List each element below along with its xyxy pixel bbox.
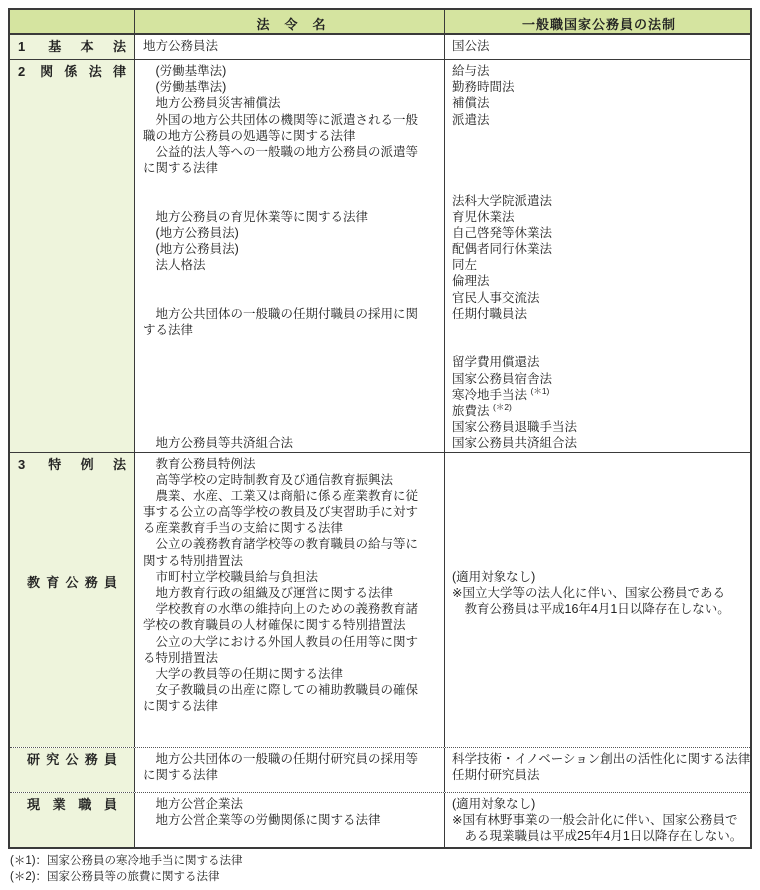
law-line: 学校教育の水準の維持向上のための義務教育諸 — [143, 601, 440, 617]
footnote-1: (＊1)：国家公務員の寒冷地手当に関する法律 — [10, 854, 243, 870]
law-line: 地方公共団体の一般職の任期付研究員の採用等 — [143, 751, 440, 767]
law-line: 勤務時間法 — [452, 79, 746, 95]
row-label-text: 研究公務員 — [10, 748, 134, 768]
cell-national-laws-special: (適用対象なし)※国立大学等の法人化に伴い、国家公務員である 教育公務員は平成1… — [445, 453, 750, 747]
law-line: 地方公共団体の一般職の任期付職員の採用に関 — [143, 306, 440, 322]
law-line: 国家公務員退職手当法 — [452, 419, 746, 435]
law-line: 学校の教育職員の人材確保に関する特別措置法 — [143, 617, 440, 633]
law-line — [452, 520, 746, 536]
law-line: 公立の大学における外国人教員の任用等に関す — [143, 634, 440, 650]
cell-local-laws-industrial: 地方公営企業法 地方公営企業等の労働関係に関する法律 — [135, 793, 445, 847]
law-line: 女子教職員の出産に際しての補助教職員の確保 — [143, 682, 440, 698]
table-row-research-officials: 研究公務員 地方公共団体の一般職の任期付研究員の採用等に関する法律 科学技術・イ… — [10, 747, 750, 792]
law-line: 任期付職員法 — [452, 306, 746, 322]
law-line: 倫理法 — [452, 273, 746, 289]
law-line: 地方公務員災害補償法 — [143, 95, 440, 111]
law-line — [452, 144, 746, 160]
row-label-text: 現業職員 — [10, 793, 134, 813]
law-line: 法科大学院派遣法 — [452, 193, 746, 209]
law-line: (地方公務員法) — [143, 241, 440, 257]
law-line — [452, 128, 746, 144]
law-line: 地方公営企業等の労働関係に関する法律 — [143, 812, 440, 828]
law-line: 配偶者同行休業法 — [452, 241, 746, 257]
law-line: 同左 — [452, 257, 746, 273]
law-line: に関する法律 — [143, 160, 440, 176]
law-line: 地方教育行政の組織及び運営に関する法律 — [143, 585, 440, 601]
law-line: 公益的法人等への一般職の地方公務員の派遣等 — [143, 144, 440, 160]
row-label-basic-law: 1 基本法 — [10, 35, 135, 59]
law-line: 法人格法 — [143, 257, 440, 273]
law-line: (労働基準法) — [143, 79, 440, 95]
row-label-special-laws: 3 特例法 教育公務員 — [10, 453, 135, 747]
law-line — [143, 403, 440, 419]
law-line: 公立の義務教育諸学校等の教育職員の給与等に — [143, 536, 440, 552]
law-line — [452, 322, 746, 338]
law-line — [143, 419, 440, 435]
law-line — [143, 193, 440, 209]
law-line: 補償法 — [452, 95, 746, 111]
document-page: 法 令 名 一般職国家公務員の法制 1 基本法 地方公務員法 国公法 2 関係法… — [0, 0, 760, 890]
law-line: 国家公務員共済組合法 — [452, 435, 746, 451]
law-line: に関する法律 — [143, 698, 440, 714]
row-label-research-officials: 研究公務員 — [10, 748, 135, 792]
law-line — [143, 273, 440, 289]
law-line — [452, 536, 746, 552]
law-line — [452, 160, 746, 176]
law-line — [452, 456, 746, 472]
row-sublabel-education-officials: 教育公務員 — [10, 571, 134, 591]
law-line: 官民人事交流法 — [452, 290, 746, 306]
law-line: 国公法 — [452, 38, 746, 54]
cell-national-laws-basic: 国公法 — [445, 35, 750, 59]
law-line: (適用対象なし) — [452, 569, 746, 585]
law-line — [452, 553, 746, 569]
law-line: 任期付研究員法 — [452, 767, 746, 783]
law-line — [143, 176, 440, 192]
law-line: 教育公務員は平成16年4月1日以降存在しない。 — [452, 601, 746, 617]
law-line — [452, 504, 746, 520]
row-label-industrial-employees: 現業職員 — [10, 793, 135, 847]
law-line: 派遣法 — [452, 112, 746, 128]
law-line: 留学費用償還法 — [452, 354, 746, 370]
law-line: (適用対象なし) — [452, 796, 746, 812]
cell-national-laws-research: 科学技術・イノベーション創出の活性化に関する法律任期付研究員法 — [445, 748, 750, 792]
law-line — [143, 354, 440, 370]
law-line — [143, 338, 440, 354]
header-law-name: 法 令 名 — [135, 10, 445, 33]
table-row-industrial-employees: 現業職員 地方公営企業法 地方公営企業等の労働関係に関する法律 (適用対象なし)… — [10, 792, 750, 847]
law-line: (労働基準法) — [143, 63, 440, 79]
law-line: 地方公務員の育児休業等に関する法律 — [143, 209, 440, 225]
table-row-basic-law: 1 基本法 地方公務員法 国公法 — [10, 35, 750, 59]
law-line: 市町村立学校職員給与負担法 — [143, 569, 440, 585]
cell-national-laws-related: 給与法勤務時間法補償法派遣法 法科大学院派遣法育児休業法自己啓発等休業法配偶者同… — [445, 60, 750, 452]
law-line: 高等学校の定時制教育及び通信教育振興法 — [143, 472, 440, 488]
law-line: 地方公務員等共済組合法 — [143, 435, 440, 451]
law-line: ある現業職員は平成25年4月1日以降存在しない。 — [452, 828, 746, 844]
law-line: 農業、水産、工業又は商船に係る産業教育に従 — [143, 488, 440, 504]
law-line: する法律 — [143, 322, 440, 338]
law-line: 給与法 — [452, 63, 746, 79]
law-line: 教育公務員特例法 — [143, 456, 440, 472]
row-label-related-laws: 2 関係法律 — [10, 60, 135, 452]
law-line: (地方公務員法) — [143, 225, 440, 241]
law-line — [143, 387, 440, 403]
header-category-cell — [10, 10, 135, 33]
law-line: 関する特別措置法 — [143, 553, 440, 569]
law-line: ※国有林野事業の一般会計化に伴い、国家公務員で — [452, 812, 746, 828]
law-line: 自己啓発等休業法 — [452, 225, 746, 241]
law-line — [452, 338, 746, 354]
law-line: 事する公立の高等学校の教員及び実習助手に対す — [143, 504, 440, 520]
law-line — [452, 176, 746, 192]
law-line: る特別措置法 — [143, 650, 440, 666]
law-line: 地方公務員法 — [143, 38, 440, 54]
cell-local-laws-research: 地方公共団体の一般職の任期付研究員の採用等に関する法律 — [135, 748, 445, 792]
footnote-2: (＊2)：国家公務員等の旅費に関する法律 — [10, 870, 243, 886]
table-header-row: 法 令 名 一般職国家公務員の法制 — [10, 10, 750, 35]
law-line: 職の地方公務員の処遇等に関する法律 — [143, 128, 440, 144]
law-line: 地方公営企業法 — [143, 796, 440, 812]
cell-national-laws-industrial: (適用対象なし)※国有林野事業の一般会計化に伴い、国家公務員で ある現業職員は平… — [445, 793, 750, 847]
table-row-special-laws-education: 3 特例法 教育公務員 教育公務員特例法 高等学校の定時制教育及び通信教育振興法… — [10, 452, 750, 747]
cell-local-laws-basic: 地方公務員法 — [135, 35, 445, 59]
law-line: 旅費法 (＊2) — [452, 403, 746, 419]
law-line — [452, 488, 746, 504]
header-national-law: 一般職国家公務員の法制 — [445, 10, 750, 33]
law-line: 大学の教員等の任期に関する法律 — [143, 666, 440, 682]
law-line: 外国の地方公共団体の機関等に派遣される一般 — [143, 112, 440, 128]
law-line — [452, 472, 746, 488]
row-label-text: 1 基本法 — [10, 35, 134, 55]
table-row-related-laws: 2 関係法律 (労働基準法) (労働基準法) 地方公務員災害補償法 外国の地方公… — [10, 59, 750, 452]
cell-local-laws-special: 教育公務員特例法 高等学校の定時制教育及び通信教育振興法 農業、水産、工業又は商… — [135, 453, 445, 747]
law-line: 寒冷地手当法 (＊1) — [452, 387, 746, 403]
law-line: 国家公務員宿舎法 — [452, 371, 746, 387]
footnotes: (＊1)：国家公務員の寒冷地手当に関する法律 (＊2)：国家公務員等の旅費に関す… — [10, 854, 243, 885]
law-line: に関する法律 — [143, 767, 440, 783]
law-line — [143, 290, 440, 306]
law-line — [143, 371, 440, 387]
law-comparison-table: 法 令 名 一般職国家公務員の法制 1 基本法 地方公務員法 国公法 2 関係法… — [8, 8, 752, 849]
cell-local-laws-related: (労働基準法) (労働基準法) 地方公務員災害補償法 外国の地方公共団体の機関等… — [135, 60, 445, 452]
row-label-text: 2 関係法律 — [10, 60, 134, 80]
law-line: 育児休業法 — [452, 209, 746, 225]
law-line: ※国立大学等の法人化に伴い、国家公務員である — [452, 585, 746, 601]
law-line: 科学技術・イノベーション創出の活性化に関する法律 — [452, 751, 746, 767]
law-line: る産業教育手当の支給に関する法律 — [143, 520, 440, 536]
row-label-text: 3 特例法 — [10, 453, 134, 473]
